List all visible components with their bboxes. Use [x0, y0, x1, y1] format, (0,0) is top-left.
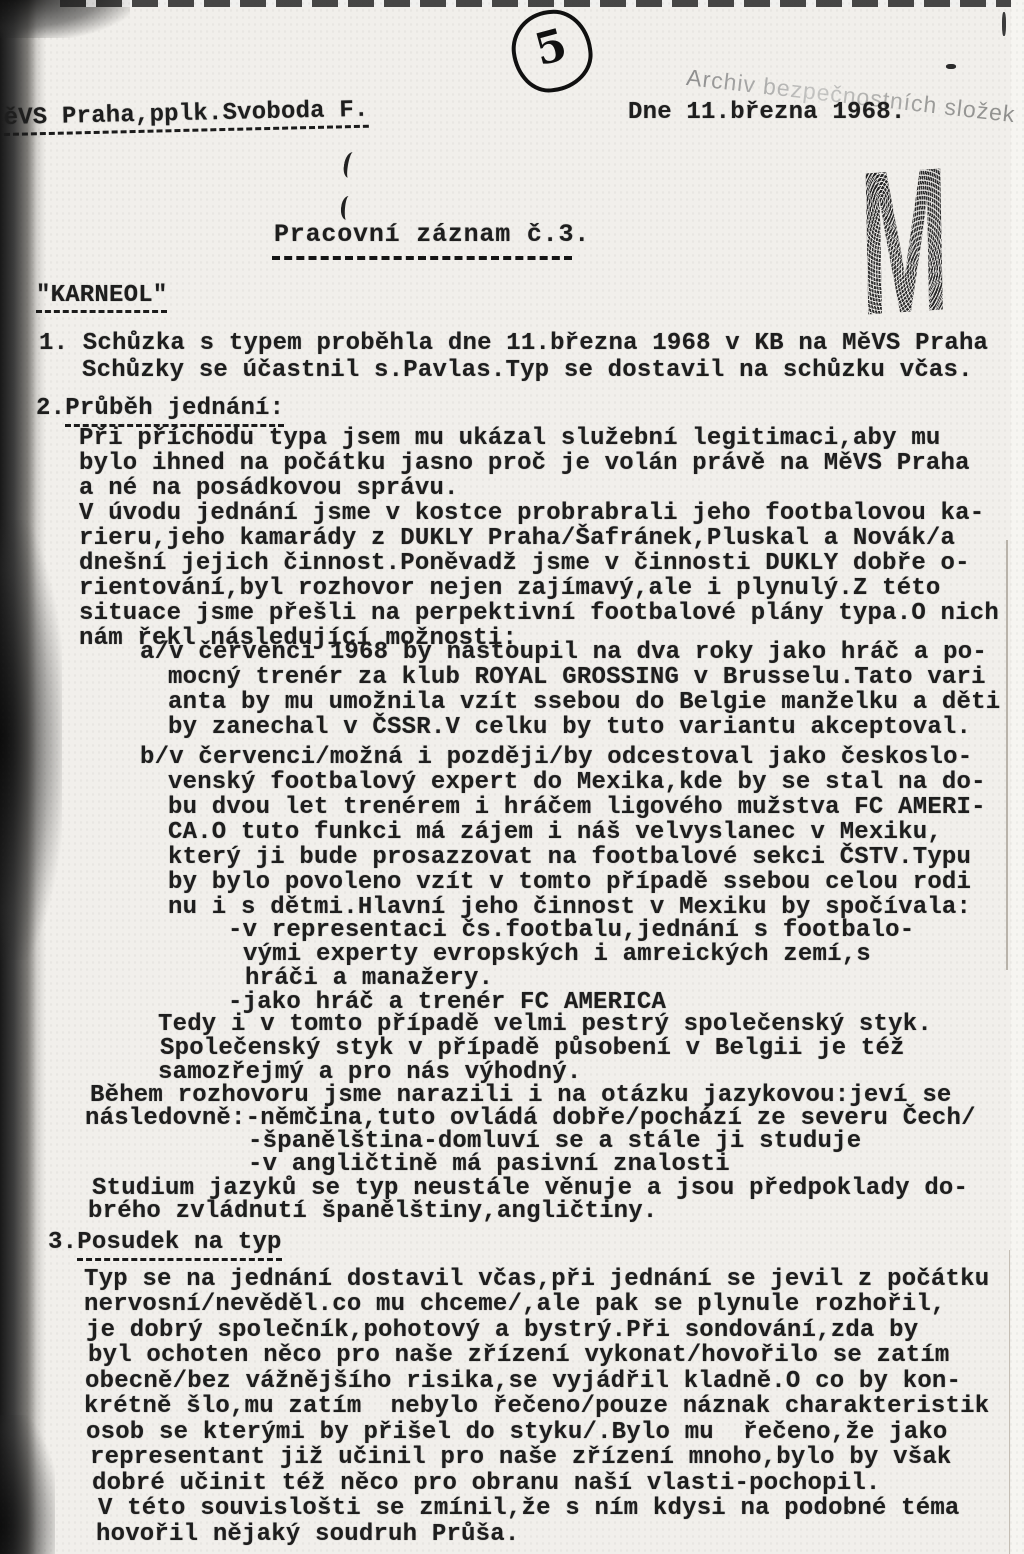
text-line: Společenský styk v případě působení v Be…	[160, 1036, 905, 1061]
ink-smudge	[946, 64, 956, 69]
date-line: Dne 11.března 1968.	[628, 100, 905, 125]
ink-smudge	[342, 151, 359, 179]
text-line: -v representaci čs.footbalu,jednání s fo…	[228, 918, 914, 943]
text-line: 1. Schůzka s typem proběhla dne 11.březn…	[39, 331, 988, 356]
scan-fold-line	[1009, 1250, 1010, 1554]
text-line: -v angličtině má pasivní znalosti	[248, 1152, 730, 1177]
page-number-circle: 5	[507, 5, 596, 96]
ink-smudge	[340, 196, 355, 221]
text-line: Typ se na jednání dostavil včas,při jedn…	[84, 1267, 989, 1292]
text-line: situace jsme přešli na perpektivní footb…	[79, 601, 999, 626]
text-line: Tedy i v tomto případě velmi pestrý spol…	[158, 1012, 932, 1037]
title-underline	[272, 256, 572, 260]
section3-number: 3.	[48, 1229, 77, 1256]
text-line: V úvodu jednání jsme v kostce probrabral…	[79, 501, 984, 526]
text-line: Schůzky se účastnil s.Pavlas.Typ se dost…	[82, 358, 973, 383]
section2-heading-text: Průběh jednání:	[65, 395, 284, 427]
text-line: je dobrý společník,pohotový a bystrý.Při…	[86, 1318, 918, 1343]
scan-fold-line	[1006, 540, 1008, 970]
text-line: krétně šlo,mu zatím nebylo řečeno/pouze …	[84, 1394, 989, 1419]
section2-heading: 2.Průběh jednání:	[36, 396, 284, 421]
text-line: brého zvládnutí španělštiny,angličtiny.	[88, 1199, 658, 1224]
text-line: vými experty evropských i amreických zem…	[243, 942, 871, 967]
codename: "KARNEOL"	[36, 283, 167, 313]
text-line: venský footbalový expert do Mexika,kde b…	[168, 770, 986, 795]
text-line: hráči a manažery.	[245, 966, 493, 991]
document-page: 5 Archiv bezpečnostních složek M ěVS Pra…	[0, 0, 1024, 1554]
page-number: 5	[530, 19, 573, 76]
scanned-document: { "colors": {"ink": "#1e1e1e", "paper": …	[0, 0, 1024, 1554]
text-line: by zanechal v ČSSR.V celku by tuto varia…	[168, 715, 971, 740]
ink-smudge	[1002, 12, 1006, 36]
text-line: a/v červenci 1968 by nastoupil na dva ro…	[140, 640, 987, 665]
text-line: dobré učinit též něco pro obranu naší vl…	[92, 1471, 881, 1496]
unit-line: ěVS Praha,pplk.Svoboda F.	[3, 98, 369, 136]
text-line: který ji bude prosazzovat na footbalové …	[168, 845, 971, 870]
text-line: V této souvislošti se zmínil,že s ním kd…	[98, 1496, 960, 1521]
text-line: representant již učinil pro naše zřízení…	[90, 1445, 952, 1470]
text-line: dnešní jejich činnost.Poněvadž jsme v či…	[79, 551, 970, 576]
text-line: rientování,byl rozhovor nejen zajímavý,a…	[79, 576, 941, 601]
text-line: osob se kterými by přišel do styku/.Bylo…	[86, 1420, 948, 1445]
text-line: by bylo povoleno vzít v tomto případě ss…	[168, 870, 971, 895]
text-line: anta by mu umožnila vzít ssebou do Belgi…	[168, 690, 1000, 715]
letter-m-stamp: M	[858, 136, 950, 347]
text-line: hovořil nějaký soudruh Průša.	[96, 1522, 519, 1547]
text-line: mocný trenér za klub ROYAL GROSSING v Br…	[168, 665, 986, 690]
text-line: a né na posádkovou správu.	[79, 476, 459, 501]
section3-heading-text: Posudek na typ	[77, 1229, 281, 1261]
scan-left-edge	[0, 0, 46, 1554]
text-line: obecně/bez vážnějšího risika,se vyjádřil…	[85, 1369, 961, 1394]
text-line: b/v červenci/možná i později/by odcestov…	[140, 745, 972, 770]
document-title: Pracovní záznam č.3.	[274, 222, 590, 248]
section2-number: 2.	[36, 395, 65, 422]
section3-heading: 3.Posudek na typ	[48, 1230, 282, 1255]
text-line: nervosní/nevěděl.co mu chceme/,ale pak s…	[84, 1292, 946, 1317]
text-line: bylo ihned na počátku jasno proč je volá…	[79, 451, 970, 476]
text-line: byl ochoten něco pro naše zřízení vykona…	[88, 1343, 950, 1368]
text-line: rieru,jeho kamarády z DUKLY Praha/Šafrán…	[79, 526, 955, 551]
text-line: CA.O tuto funkci má zájem i náš velvysla…	[168, 820, 942, 845]
scan-top-edge	[60, 0, 1024, 7]
scan-right-margin	[1011, 0, 1024, 1554]
text-line: Při příchodu typa jsem mu ukázal služebn…	[79, 426, 941, 451]
text-line: bu dvou let trenérem i hráčem ligového m…	[168, 795, 986, 820]
